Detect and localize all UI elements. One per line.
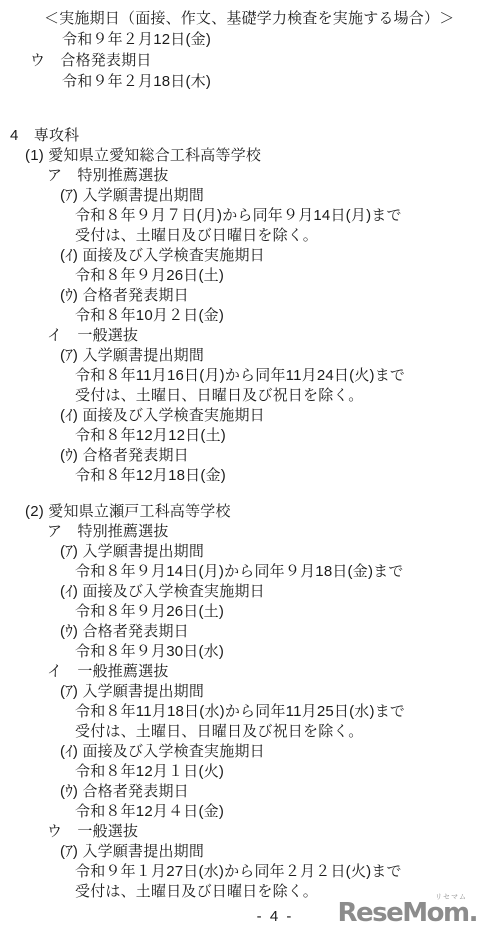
pass-announcement-heading: ウ 合格発表期日 — [0, 50, 483, 71]
resemom-logo-text: ReseMom. — [338, 898, 477, 928]
doc-line: 受付は、土曜日、日曜日及び祝日を除く。 — [0, 722, 483, 742]
doc-line: 令和８年12月１日(火) — [0, 762, 483, 782]
doc-line: 令和８年９月26日(土) — [0, 602, 483, 622]
item-heading: (ｱ) 入学願書提出期間 — [0, 682, 483, 702]
item-heading: (ｲ) 面接及び入学検査実施期日 — [0, 742, 483, 762]
item-heading: (ｱ) 入学願書提出期間 — [0, 346, 483, 366]
selection-type-heading: イ 一般推薦選抜 — [0, 662, 483, 682]
implementation-date-note: ＜実施期日（面接、作文、基礎学力検査を実施する場合）＞ — [0, 8, 483, 29]
selection-type-heading: イ 一般選抜 — [0, 326, 483, 346]
item-heading: (ｳ) 合格者発表期日 — [0, 782, 483, 802]
document-body: ＜実施期日（面接、作文、基礎学力検査を実施する場合）＞ 令和９年２月12日(金)… — [0, 8, 483, 902]
item-heading: (ｳ) 合格者発表期日 — [0, 286, 483, 306]
doc-line: 令和８年９月26日(土) — [0, 266, 483, 286]
section-4-title: 4 専攻科 — [0, 126, 483, 146]
doc-line: 令和９年２月12日(金) — [0, 29, 483, 50]
doc-line: 令和９年２月18日(木) — [0, 71, 483, 92]
selection-type-heading: ア 特別推薦選抜 — [0, 166, 483, 186]
item-heading: (ｲ) 面接及び入学検査実施期日 — [0, 246, 483, 266]
doc-line: 令和８年９月30日(水) — [0, 642, 483, 662]
school-2-heading: (2) 愛知県立瀬戸工科高等学校 — [0, 502, 483, 522]
document-page: ＜実施期日（面接、作文、基礎学力検査を実施する場合）＞ 令和９年２月12日(金)… — [0, 0, 483, 946]
doc-line: 令和９年１月27日(水)から同年２月２日(火)まで — [0, 862, 483, 882]
doc-line: 令和８年10月２日(金) — [0, 306, 483, 326]
section-gap — [0, 92, 483, 126]
item-heading: (ｳ) 合格者発表期日 — [0, 622, 483, 642]
doc-line: 令和８年９月14日(月)から同年９月18日(金)まで — [0, 562, 483, 582]
item-heading: (ｲ) 面接及び入学検査実施期日 — [0, 582, 483, 602]
section-4-block: 4 専攻科 (1) 愛知県立愛知総合工科高等学校 ア 特別推薦選抜 (ｱ) 入学… — [0, 126, 483, 486]
item-heading: (ｳ) 合格者発表期日 — [0, 446, 483, 466]
item-heading: (ｲ) 面接及び入学検査実施期日 — [0, 406, 483, 426]
doc-line: 令和８年12月４日(金) — [0, 802, 483, 822]
doc-line: 受付は、土曜日及び日曜日を除く。 — [0, 226, 483, 246]
item-heading: (ｱ) 入学願書提出期間 — [0, 186, 483, 206]
selection-type-heading: ア 特別推薦選抜 — [0, 522, 483, 542]
doc-line: 令和８年12月18日(金) — [0, 466, 483, 486]
doc-line: 令和８年12月12日(土) — [0, 426, 483, 446]
resemom-logo-furigana: リセマム — [435, 894, 467, 901]
selection-type-heading: ウ 一般選抜 — [0, 822, 483, 842]
school-1-heading: (1) 愛知県立愛知総合工科高等学校 — [0, 146, 483, 166]
doc-line: 令和８年11月18日(水)から同年11月25日(水)まで — [0, 702, 483, 722]
section-gap — [0, 486, 483, 502]
school-2-block: (2) 愛知県立瀬戸工科高等学校 ア 特別推薦選抜 (ｱ) 入学願書提出期間 令… — [0, 502, 483, 902]
doc-line: 令和８年９月７日(月)から同年９月14日(月)まで — [0, 206, 483, 226]
resemom-logo: リセマム ReseMom. — [338, 897, 477, 929]
doc-line: 令和８年11月16日(月)から同年11月24日(火)まで — [0, 366, 483, 386]
item-heading: (ｱ) 入学願書提出期間 — [0, 542, 483, 562]
prior-section-block: ＜実施期日（面接、作文、基礎学力検査を実施する場合）＞ 令和９年２月12日(金)… — [0, 8, 483, 92]
item-heading: (ｱ) 入学願書提出期間 — [0, 842, 483, 862]
doc-line: 受付は、土曜日、日曜日及び祝日を除く。 — [0, 386, 483, 406]
